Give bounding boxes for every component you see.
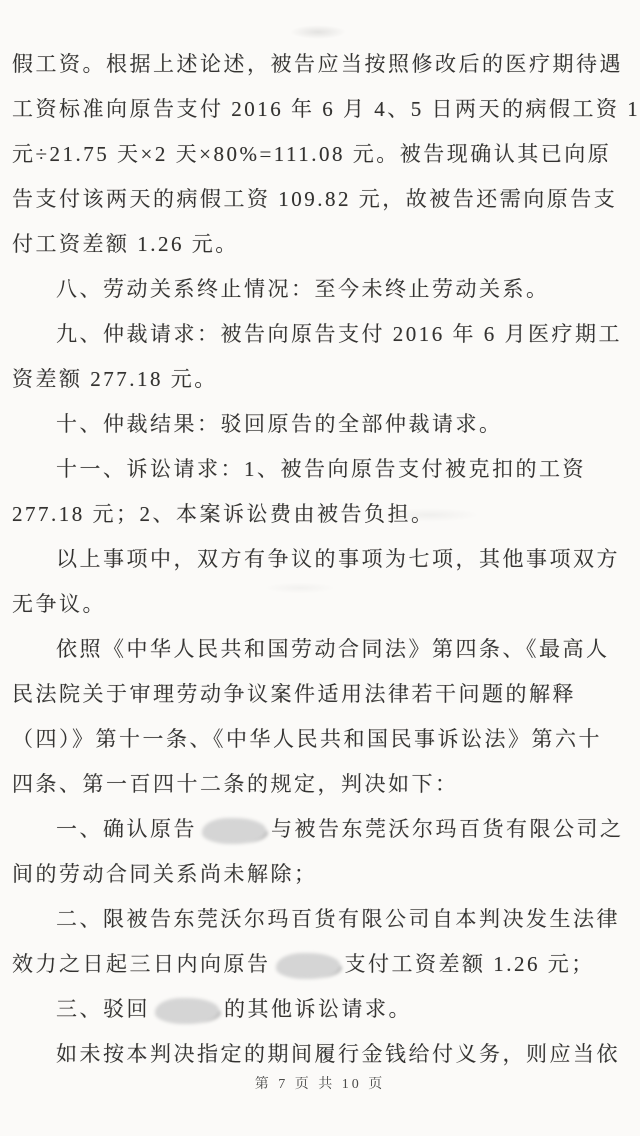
line-text: 告支付该两天的病假工资 109.82 元，故被告还需向原告支 xyxy=(12,187,617,211)
document-line: 工资标准向原告支付 2016 年 6 月 4、5 日两天的病假工资 1510 xyxy=(12,87,634,132)
document-line: 三、驳回的其他诉讼请求。 xyxy=(12,987,634,1032)
line-text: 付工资差额 1.26 元。 xyxy=(12,232,239,256)
line-text: 277.18 元；2、本案诉讼费由被告负担。 xyxy=(12,502,435,526)
line-text: 民法院关于审理劳动争议案件适用法律若干问题的解释 xyxy=(12,682,576,706)
document-line: 十、仲裁结果：驳回原告的全部仲裁请求。 xyxy=(12,402,634,447)
line-text: 的其他诉讼请求。 xyxy=(224,997,412,1021)
line-text: 以上事项中，双方有争议的事项为七项，其他事项双方 xyxy=(56,547,620,571)
document-line: 277.18 元；2、本案诉讼费由被告负担。 xyxy=(12,492,634,537)
document-line: 无争议。 xyxy=(12,582,634,627)
line-text: 一、确认原告 xyxy=(56,817,197,841)
line-text: 资差额 277.18 元。 xyxy=(12,367,218,391)
document-line: 九、仲裁请求：被告向原告支付 2016 年 6 月医疗期工 xyxy=(12,312,634,357)
line-text: 三、驳回 xyxy=(56,997,150,1021)
document-line: 告支付该两天的病假工资 109.82 元，故被告还需向原告支 xyxy=(12,177,634,222)
document-line: 付工资差额 1.26 元。 xyxy=(12,222,634,267)
document-line: （四）》第十一条、《中华人民共和国民事诉讼法》第六十 xyxy=(12,717,634,762)
line-text: 依照《中华人民共和国劳动合同法》第四条、《最高人 xyxy=(56,637,610,661)
document-line: 元÷21.75 天×2 天×80%=111.08 元。被告现确认其已向原 xyxy=(12,132,634,177)
document-line: 效力之日起三日内向原告支付工资差额 1.26 元； xyxy=(12,942,634,987)
line-text: 十、仲裁结果：驳回原告的全部仲裁请求。 xyxy=(56,412,503,436)
line-text: 假工资。根据上述论述，被告应当按照修改后的医疗期待遇 xyxy=(12,52,623,76)
redaction-blob xyxy=(276,953,340,979)
document-line: 一、确认原告与被告东莞沃尔玛百货有限公司之 xyxy=(12,807,634,852)
line-text: 与被告东莞沃尔玛百货有限公司之 xyxy=(271,817,624,841)
document-line: 四条、第一百四十二条的规定，判决如下： xyxy=(12,762,634,807)
document-line: 十一、诉讼请求：1、被告向原告支付被克扣的工资 xyxy=(12,447,634,492)
line-text: 效力之日起三日内向原告 xyxy=(12,952,271,976)
document-line: 以上事项中，双方有争议的事项为七项，其他事项双方 xyxy=(12,537,634,582)
document-line: 八、劳动关系终止情况：至今未终止劳动关系。 xyxy=(12,267,634,312)
redaction-blob xyxy=(155,998,219,1024)
line-text: 八、劳动关系终止情况：至今未终止劳动关系。 xyxy=(56,277,550,301)
document-line: 二、限被告东莞沃尔玛百货有限公司自本判决发生法律 xyxy=(12,897,634,942)
document-line: 资差额 277.18 元。 xyxy=(12,357,634,402)
line-text: 工资标准向原告支付 2016 年 6 月 4、5 日两天的病假工资 1510 xyxy=(12,97,640,121)
document-line: 依照《中华人民共和国劳动合同法》第四条、《最高人 xyxy=(12,627,634,672)
document-line: 假工资。根据上述论述，被告应当按照修改后的医疗期待遇 xyxy=(12,42,634,87)
line-text: 二、限被告东莞沃尔玛百货有限公司自本判决发生法律 xyxy=(56,907,620,931)
line-text: （四）》第十一条、《中华人民共和国民事诉讼法》第六十 xyxy=(12,727,602,751)
line-text: 如未按本判决指定的期间履行金钱给付义务，则应当依 xyxy=(56,1042,620,1066)
page-number-footer: 第 7 页 共 10 页 xyxy=(0,1070,640,1100)
redaction-blob xyxy=(202,818,266,844)
document-line: 民法院关于审理劳动争议案件适用法律若干问题的解释 xyxy=(12,672,634,717)
line-text: 四条、第一百四十二条的规定，判决如下： xyxy=(12,772,459,796)
line-text: 间的劳动合同关系尚未解除； xyxy=(12,862,318,886)
document-line: 间的劳动合同关系尚未解除； xyxy=(12,852,634,897)
line-text: 无争议。 xyxy=(12,592,106,616)
line-text: 元÷21.75 天×2 天×80%=111.08 元。被告现确认其已向原 xyxy=(12,142,611,166)
line-text: 十一、诉讼请求：1、被告向原告支付被克扣的工资 xyxy=(56,457,586,481)
scanned-judgment-page: 假工资。根据上述论述，被告应当按照修改后的医疗期待遇工资标准向原告支付 2016… xyxy=(0,0,640,1136)
line-text: 九、仲裁请求：被告向原告支付 2016 年 6 月医疗期工 xyxy=(56,322,622,346)
document-lines: 假工资。根据上述论述，被告应当按照修改后的医疗期待遇工资标准向原告支付 2016… xyxy=(12,42,634,1077)
line-text: 支付工资差额 1.26 元； xyxy=(345,952,595,976)
